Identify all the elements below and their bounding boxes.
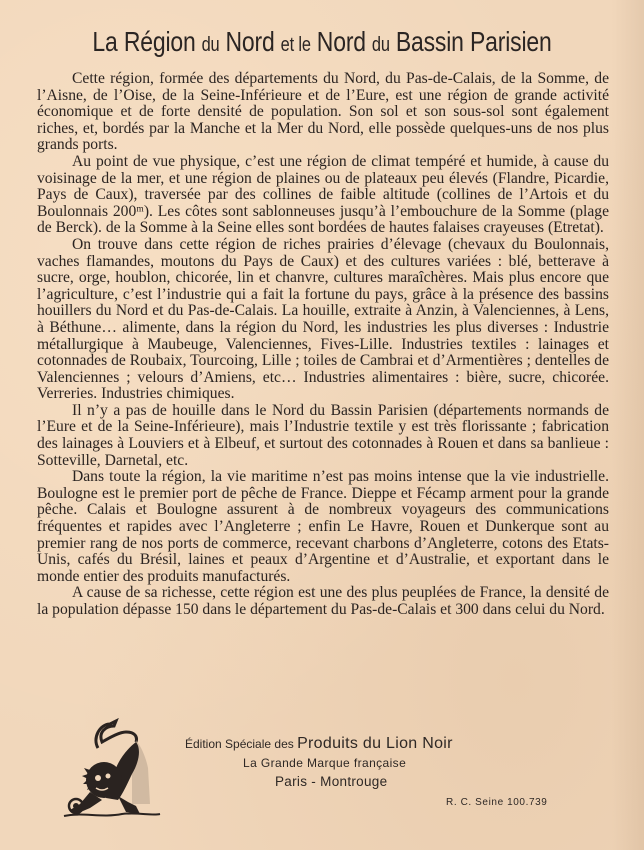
edition-prefix: Édition Spéciale des xyxy=(185,737,297,751)
lion-noir-logo-icon xyxy=(62,718,162,820)
city: Paris - Montrouge xyxy=(275,774,387,789)
brand-name: Produits du Lion Noir xyxy=(297,735,453,752)
tagline: La Grande Marque française xyxy=(243,756,406,770)
document-page: La Région du Nord et le Nord du Bassin P… xyxy=(0,0,644,850)
publisher-footer: Édition Spéciale des Produits du Lion No… xyxy=(0,0,644,850)
registration-number: R. C. Seine 100.739 xyxy=(446,797,547,808)
edition-line: Édition Spéciale des Produits du Lion No… xyxy=(185,735,453,753)
